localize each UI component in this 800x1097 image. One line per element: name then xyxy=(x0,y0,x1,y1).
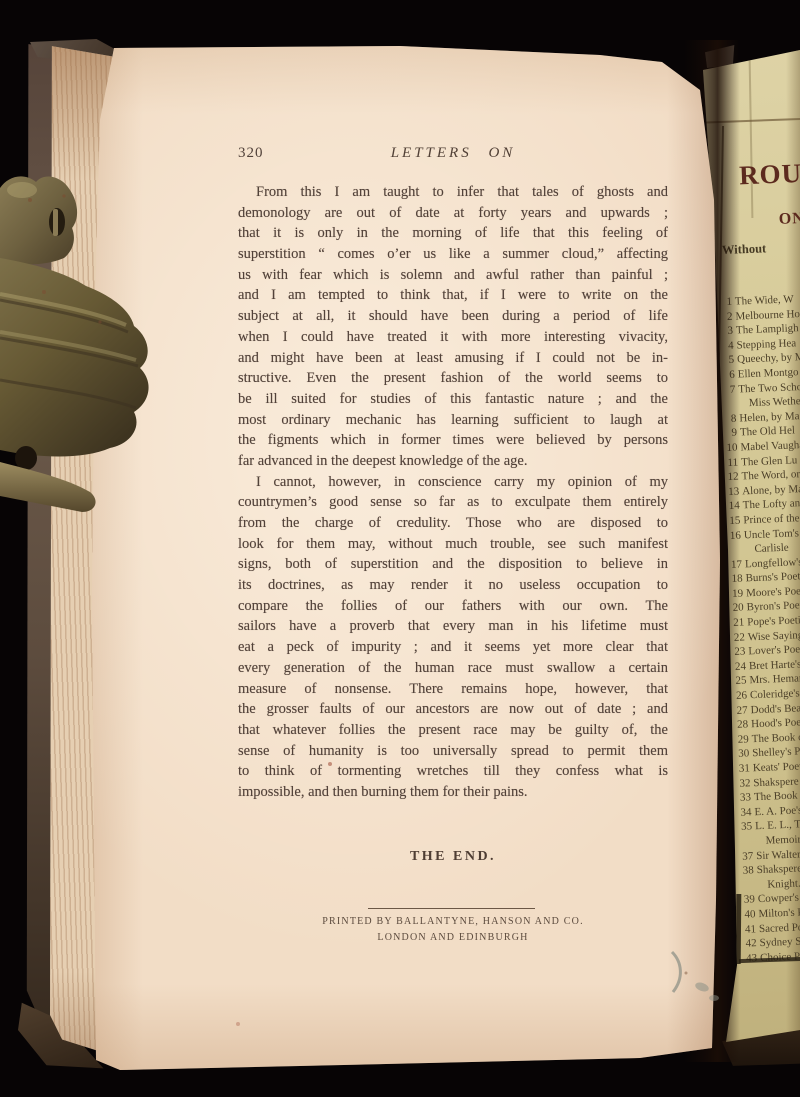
ad-item-text: Cowper's Po xyxy=(758,890,800,907)
ad-header-fragment: ROUTLE xyxy=(739,156,800,192)
text-line: us with fear which is solemn and awful r… xyxy=(238,265,668,286)
paragraph-2: I cannot, however, in conscience carry m… xyxy=(238,472,668,803)
paragraph-1: From this I am taught to infer that tale… xyxy=(238,182,668,472)
running-header: LETTERS ON xyxy=(238,145,668,162)
ad-item-text: Sacred Poem xyxy=(759,919,800,936)
paper-speck xyxy=(328,762,332,766)
ad-item-text: Knight. xyxy=(767,876,800,892)
text-line: the grosser faults of our ancestors are … xyxy=(238,699,668,720)
paper-speck xyxy=(236,1022,240,1026)
ad-item-number: 39 xyxy=(741,893,756,908)
ad-item-text: Shakspere, xyxy=(757,861,800,877)
colophon-line-1: PRINTED BY BALLANTYNE, HANSON AND CO. xyxy=(238,916,668,927)
text-line: that it is only in the morning of life t… xyxy=(238,223,668,244)
text-line: and I am tempted to think that, if I wer… xyxy=(238,285,668,306)
text-line: countrymen’s good sense so far as to exc… xyxy=(238,492,668,513)
text-line: its doctrines, as may render it no usele… xyxy=(238,575,668,596)
clasp-hole xyxy=(15,446,37,470)
pen-stroke xyxy=(672,952,680,992)
text-line: measure of nonsense. There remains hope,… xyxy=(238,679,668,700)
ad-item-number: 41 xyxy=(742,922,757,937)
pen-mark xyxy=(640,940,780,1030)
text-line: From this I am taught to infer that tale… xyxy=(238,182,668,203)
clasp-pin xyxy=(53,209,58,236)
colophon-line-2: LONDON AND EDINBURGH xyxy=(238,932,668,943)
text-line: to think of tormenting wretches till the… xyxy=(238,761,668,782)
text-line: every generation of the human race must … xyxy=(238,658,668,679)
ad-item-number xyxy=(748,834,763,849)
speck xyxy=(685,972,688,975)
ad-item-number xyxy=(750,878,765,893)
text-line: signs, both of superstition and the disp… xyxy=(238,554,668,575)
text-line: that whatever follies the present race m… xyxy=(238,720,668,741)
ad-item-text: Milton's Poe xyxy=(758,905,800,922)
ad-item-text: Uncle Tom's xyxy=(744,526,800,543)
ad-item-text: Memoir xyxy=(765,832,800,848)
clasp-speckle xyxy=(28,198,32,202)
text-line: demonology are out of date at forty year… xyxy=(238,203,668,224)
text-line: compare the follies of our fathers with … xyxy=(238,596,668,617)
ad-item-text: Sir Walter S xyxy=(756,847,800,864)
left-page: 320 LETTERS ON From this I am taught to … xyxy=(88,44,722,1074)
text-line: be ill suited for studies of this fantas… xyxy=(238,389,668,410)
text-line: structive. Even the present fashion of t… xyxy=(238,368,668,389)
ad-subheader-fragment: ON xyxy=(778,210,800,229)
the-end-label: THE END. xyxy=(238,849,668,865)
text-line: and might have been at least amusing if … xyxy=(238,348,668,369)
ad-item-number: 40 xyxy=(741,907,756,922)
text-line: far advanced in the deepest knowledge of… xyxy=(238,451,668,472)
clasp-speckle xyxy=(42,290,46,294)
text-line: the figments which in former times were … xyxy=(238,430,668,451)
ad-item-text: Carlisle xyxy=(754,541,789,557)
text-line: look for them may, without much trouble,… xyxy=(238,534,668,555)
smudge xyxy=(709,995,719,1001)
smudge xyxy=(694,981,710,993)
text-line: eat a peck of impurity ; and it seems ye… xyxy=(238,637,668,658)
brass-clasp xyxy=(0,170,150,515)
clasp-hook xyxy=(0,462,96,512)
text-line: most ordinary mechanic has learning suff… xyxy=(238,410,668,431)
clasp-highlight xyxy=(7,182,37,198)
text-line: sense of humanity is too universally spr… xyxy=(238,741,668,762)
text-line: sailors have a proverb that every man in… xyxy=(238,616,668,637)
text-line: when I could have treated it with more i… xyxy=(238,327,668,348)
text-line: subject at all, it should have been duri… xyxy=(238,306,668,327)
clasp-speckle xyxy=(62,194,65,197)
page-body: From this I am taught to infer that tale… xyxy=(238,182,668,803)
text-line: I cannot, however, in conscience carry m… xyxy=(238,472,668,493)
text-line: from the charge of credulity. Those who … xyxy=(238,513,668,534)
ad-item-number: 38 xyxy=(740,863,755,878)
colophon-rule xyxy=(368,908,535,909)
ad-item-number: 35 xyxy=(738,820,753,835)
text-line: superstition “ comes o’er us like a summ… xyxy=(238,244,668,265)
ad-item-number: 37 xyxy=(739,849,754,864)
clasp-speckle xyxy=(98,320,101,323)
antique-book-photo: ROUTLE ON Without 1The Wide, W2Melbourne… xyxy=(0,0,800,1097)
text-line: impossible, and then burning them for th… xyxy=(238,782,668,803)
